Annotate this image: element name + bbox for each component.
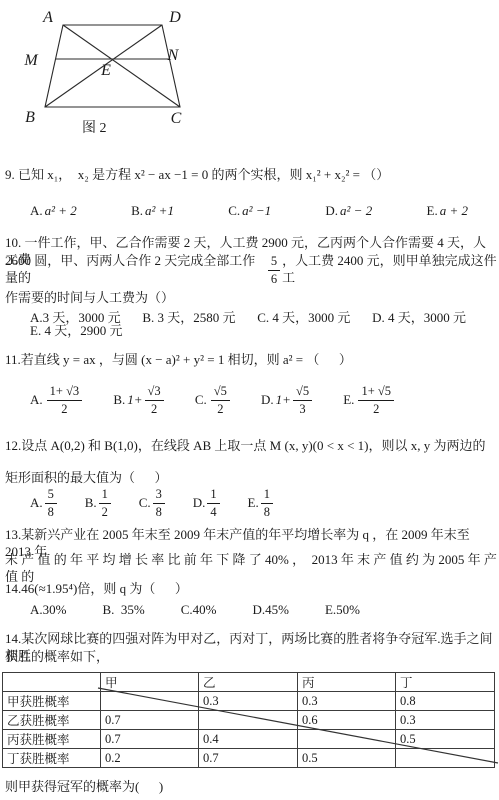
option-label: B. [131, 203, 143, 219]
option-d: D.45% [252, 602, 288, 618]
fraction-denominator: 2 [47, 401, 83, 416]
option-e: E.50% [325, 602, 360, 618]
table-cell: 0.3 [199, 692, 298, 711]
fraction-denominator: 6 [268, 271, 280, 286]
vertex-label-b: B [25, 109, 35, 126]
fraction-numerator: √3 [145, 385, 164, 401]
header-cell-blank [3, 673, 101, 692]
option-a: A.1+ √32 [30, 385, 84, 415]
header-cell-yi: 乙 [199, 673, 298, 692]
table-cell: 0.2 [101, 749, 199, 768]
option-value: a² + 2 [43, 203, 77, 219]
fraction: 14 [207, 488, 219, 518]
option-d: D.a² − 2 [325, 203, 372, 219]
figure-2: A D M N E B C 图 2 [10, 2, 220, 147]
option-label: A. [30, 203, 43, 219]
table-cell: 0.3 [396, 711, 495, 730]
option-label: C. [195, 392, 207, 408]
option-d: D.1+√53 [261, 385, 314, 415]
fraction-denominator: 2 [211, 401, 230, 416]
option-pre: 1+ [125, 392, 142, 408]
fraction: 12 [99, 488, 111, 518]
row-label: 丁获胜概率 [3, 749, 101, 768]
table-row: 乙获胜概率 0.7 0.6 0.3 [3, 711, 495, 730]
table-row: 丁获胜概率 0.2 0.7 0.5 [3, 749, 495, 768]
header-cell-ding: 丁 [396, 673, 495, 692]
fraction-numerator: 5 [45, 488, 57, 504]
row-label: 丙获胜概率 [3, 730, 101, 749]
vertex-label-n: N [167, 47, 180, 64]
question-12-options: A.58 B.12 C.38 D.14 E.18 [30, 485, 275, 521]
option-value: a² +1 [143, 203, 174, 219]
option-pre: 1+ [274, 392, 291, 408]
fraction-numerator: 3 [153, 488, 165, 504]
vertex-label-e: E [100, 62, 111, 79]
fraction-denominator: 4 [207, 504, 219, 519]
table-cell [396, 749, 495, 768]
option-label: D. [261, 392, 274, 408]
vertex-label-d: D [168, 9, 181, 26]
fraction-denominator: 2 [145, 401, 164, 416]
fraction-numerator: 1 [99, 488, 111, 504]
fraction-numerator: 5 [268, 255, 280, 271]
question-10-line2: 2600 圆，甲、丙两人合作 2 天完成全部工作量的 56 ，人工费 2400 … [5, 253, 497, 287]
fraction-denominator: 2 [358, 401, 394, 416]
fraction-numerator: √5 [293, 385, 312, 401]
fraction: √32 [145, 385, 164, 415]
option-label: D. [193, 495, 206, 511]
option-e: E.18 [248, 488, 275, 518]
vertex-label-m: M [23, 52, 39, 69]
table-row: 丙获胜概率 0.7 0.4 0.5 [3, 730, 495, 749]
option-value: a² −1 [240, 203, 271, 219]
question-12-line1: 12.设点 A(0,2) 和 B(1,0)，在线段 AB 上取一点 M (x, … [5, 438, 497, 455]
exam-page: A D M N E B C 图 2 9. 已知 x₁， x₂ 是方程 x² − … [0, 0, 499, 800]
option-c: C.40% [181, 602, 217, 618]
question-14-closing: 则甲获得冠军的概率为( ) [5, 779, 497, 796]
fraction-denominator: 8 [153, 504, 165, 519]
fraction-numerator: 1 [207, 488, 219, 504]
fraction-denominator: 8 [261, 504, 273, 519]
fraction-numerator: 1 [261, 488, 273, 504]
question-14-line2: 获胜的概率如下， [5, 649, 497, 666]
fraction: √52 [211, 385, 230, 415]
option-b: B.1+√32 [113, 385, 165, 415]
trapezoid-outline [45, 25, 180, 107]
fraction: 18 [261, 488, 273, 518]
table-cell: 0.5 [298, 749, 396, 768]
fraction: 1+ √32 [47, 385, 83, 415]
fraction-denominator: 8 [45, 504, 57, 519]
option-a: A.a² + 2 [30, 203, 77, 219]
question-9-options: A.a² + 2 B.a² +1 C.a² −1 D.a² − 2 E.a + … [30, 203, 468, 219]
header-cell-jia: 甲 [101, 673, 199, 692]
option-label: B. [113, 392, 125, 408]
option-value: a² − 2 [338, 203, 372, 219]
vertex-label-a: A [42, 9, 53, 26]
option-b: B.12 [85, 488, 113, 518]
option-label: C. [139, 495, 151, 511]
option-b: B.a² +1 [131, 203, 174, 219]
question-11-options: A.1+ √32 B.1+√32 C.√52 D.1+√53 E.1+ √52 [30, 382, 396, 418]
header-cell-bing: 丙 [298, 673, 396, 692]
fraction-numerator: 1+ √3 [47, 385, 83, 401]
table-cell: 0.8 [396, 692, 495, 711]
option-label: D. [325, 203, 338, 219]
option-b: B. 3 天，2580 元 [142, 307, 235, 326]
question-9-text: 9. 已知 x₁， x₂ 是方程 x² − ax −1 = 0 的两个实根，则 … [5, 167, 493, 184]
trapezoid-figure: A D M N E B C 图 2 [10, 2, 220, 147]
diagonal-ac [63, 25, 180, 107]
option-label: C. [228, 203, 240, 219]
question-11-text: 11.若直线 y = ax ，与圆 (x − a)² + y² = 1 相切，则… [5, 352, 497, 369]
vertex-label-c: C [171, 110, 182, 127]
table-cell: 0.7 [199, 749, 298, 768]
option-value: a + 2 [438, 203, 468, 219]
question-10-line3: 作需要的时间与人工费为（） [5, 290, 497, 307]
table-header-row: 甲 乙 丙 丁 [3, 673, 495, 692]
line2-post: ，人工费 2400 元，则甲单独完成这件工 [282, 253, 497, 287]
probability-table-wrap: 甲 乙 丙 丁 甲获胜概率 0.3 0.3 0.8 乙获胜概率 0.7 0.6 … [2, 672, 499, 765]
fraction: 56 [268, 255, 280, 285]
option-c: C.√52 [195, 385, 232, 415]
table-cell: 0.7 [101, 730, 199, 749]
option-label: A. [30, 392, 43, 408]
line2-pre: 2600 圆，甲、丙两人合作 2 天完成全部工作量的 [5, 253, 266, 287]
fraction-numerator: √5 [211, 385, 230, 401]
option-a: A.30% [30, 602, 66, 618]
row-label: 甲获胜概率 [3, 692, 101, 711]
fraction-denominator: 3 [293, 401, 312, 416]
option-d: D. 4 天，3000 元 [372, 307, 466, 326]
option-label: E. [427, 203, 438, 219]
option-a: A.58 [30, 488, 59, 518]
option-e: E.1+ √52 [343, 385, 396, 415]
table-cell: 0.3 [298, 692, 396, 711]
fraction: √53 [293, 385, 312, 415]
fraction: 38 [153, 488, 165, 518]
table-cell: 0.7 [101, 711, 199, 730]
table-cell [298, 730, 396, 749]
option-e: E.a + 2 [427, 203, 468, 219]
row-label: 乙获胜概率 [3, 711, 101, 730]
question-13-line3: 14.46(≈1.95⁴)倍，则 q 为（ ） [5, 581, 497, 598]
table-cell [101, 692, 199, 711]
table-cell: 0.4 [199, 730, 298, 749]
fraction: 1+ √52 [358, 385, 394, 415]
option-c: C.38 [139, 488, 167, 518]
table-row: 甲获胜概率 0.3 0.3 0.8 [3, 692, 495, 711]
question-10-option-e: E. 4 天，2900 元 [30, 323, 122, 340]
figure-caption: 图 2 [82, 120, 107, 136]
option-label: E. [343, 392, 354, 408]
option-label: E. [248, 495, 259, 511]
question-13-options: A.30% B. 35% C.40% D.45% E.50% [30, 602, 360, 618]
table-cell: 0.5 [396, 730, 495, 749]
option-b: B. 35% [102, 602, 144, 618]
option-c: C. 4 天，3000 元 [257, 307, 350, 326]
fraction-denominator: 2 [99, 504, 111, 519]
option-d: D.14 [193, 488, 222, 518]
table-cell [199, 711, 298, 730]
table-cell: 0.6 [298, 711, 396, 730]
fraction-numerator: 1+ √5 [358, 385, 394, 401]
option-label: B. [85, 495, 97, 511]
fraction: 58 [45, 488, 57, 518]
option-c: C.a² −1 [228, 203, 271, 219]
probability-table: 甲 乙 丙 丁 甲获胜概率 0.3 0.3 0.8 乙获胜概率 0.7 0.6 … [2, 672, 495, 768]
figure-lines [45, 25, 180, 107]
option-label: A. [30, 495, 43, 511]
